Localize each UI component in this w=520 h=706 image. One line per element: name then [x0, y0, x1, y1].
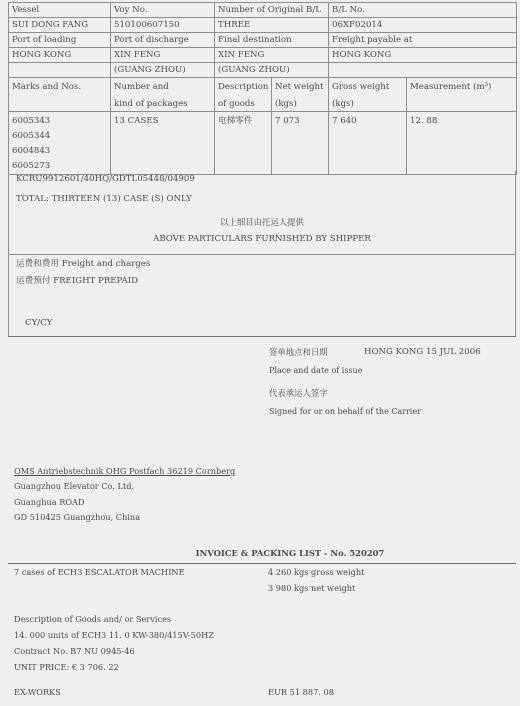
freight-payable-label: Freight payable at [329, 33, 517, 48]
contract-line: Contract No. B7 NU 0945-46 [14, 643, 135, 660]
empty-cell [9, 97, 111, 112]
gross-weight-value: 7 640 [329, 112, 407, 175]
signed-label-en: Signed for or on behalf of the Carrier [269, 403, 421, 420]
issue-label-en: Place and date of issue [269, 362, 362, 379]
issue-label-cn: 签单地点和日期 [269, 344, 328, 361]
empty-cell [329, 63, 517, 78]
terms-line: EX-WORKS [14, 684, 61, 701]
bl-no-label: B/L No. [329, 3, 517, 18]
port-discharge-value-2: (GUANG ZHOU) [111, 63, 215, 78]
gross-weight-header-1: Gross weight [329, 78, 407, 98]
empty-cell [407, 97, 517, 112]
final-destination-label: Final destination [215, 33, 329, 48]
net-weight-line: 3 980 kgs net weight [268, 580, 355, 597]
final-destination-value: XIN FENG [215, 48, 329, 63]
vessel-value: SUI DONG FANG [9, 18, 111, 33]
packages-header-1: Number and [111, 78, 215, 98]
freight-charges: 运费和费用 Freight and charges [16, 256, 150, 273]
units-line: 14. 000 units of ECH3 11. 0 KW-380/415V-… [14, 627, 214, 644]
mark-item: 6004843 [12, 144, 107, 159]
address-line: Guangzhou Elevator Co. Ltd. [14, 478, 134, 495]
packages-value: 13 CASES [111, 112, 215, 175]
unit-price-line: UNIT PRICE: € 3 706. 22 [14, 659, 119, 676]
marks-list: 6005343 6005344 6004843 6005273 [9, 112, 111, 175]
description-header-2: of goods [215, 97, 272, 112]
net-weight-header-1: Net weight [272, 78, 329, 98]
bl-no-value: 06XF02014 [329, 18, 517, 33]
mark-item: 6005343 [12, 114, 107, 129]
marks-header: Marks and Nos. [9, 78, 111, 98]
shipper-note-cn: 以上细目由托运人提供 [9, 214, 515, 231]
measurement-header: Measurement (m³) [407, 78, 517, 98]
divider [8, 336, 516, 337]
invoice-title: INVOICE & PACKING LIST - No. 520207 [0, 545, 520, 562]
shipper-note-en: ABOVE PARTICULARS FURNISHED BY SHIPPER [9, 231, 515, 248]
measurement-value: 12. 88 [407, 112, 517, 175]
port-loading-label: Port of loading [9, 33, 111, 48]
description-header-1: Description [215, 78, 272, 98]
port-loading-value: HONG KONG [9, 48, 111, 63]
voy-label: Voy No. [111, 3, 215, 18]
signed-label-cn: 代表承运人签字 [269, 385, 328, 402]
bill-of-lading-table: Vessel Voy No. Number of Original B/L B/… [8, 2, 517, 175]
particulars-box: KCRU9912601/40HQ/GDTL05448/04909 TOTAL: … [8, 171, 516, 254]
voy-value: 510100607150 [111, 18, 215, 33]
empty-cell [9, 63, 111, 78]
gross-weight-header-2: (kgs) [329, 97, 407, 112]
packages-header-2: kind of packages [111, 97, 215, 112]
freight-payable-value: HONG KONG [329, 48, 517, 63]
cy-cy: CY/CY [25, 315, 52, 332]
total-line: TOTAL: THIRTEEN (13) CASE (S) ONLY [16, 191, 192, 208]
originals-value: THREE [215, 18, 329, 33]
container-line: KCRU9912601/40HQ/GDTL05448/04909 [16, 171, 195, 188]
net-weight-header-2: (kgs) [272, 97, 329, 112]
final-destination-value-2: (GUANG ZHOU) [215, 63, 329, 78]
vessel-label: Vessel [9, 3, 111, 18]
originals-label: Number of Original B/L [215, 3, 329, 18]
net-weight-value: 7 073 [272, 112, 329, 175]
port-discharge-value: XIN FENG [111, 48, 215, 63]
issue-value: HONG KONG 15 JUL 2006 [364, 344, 481, 361]
total-amount: EUR 51 887. 08 [268, 684, 334, 701]
freight-box: 运费和费用 Freight and charges 运费预付 FREIGHT P… [8, 255, 516, 336]
description-label: Description of Goods and/ or Services [14, 611, 171, 628]
freight-prepaid: 运费预付 FREIGHT PREPAID [16, 273, 138, 290]
address-line: GD 510425 Guangzhou, China [14, 509, 140, 526]
port-discharge-label: Port of discharge [111, 33, 215, 48]
gross-weight-line: 4 260 kgs gross weight [268, 564, 364, 581]
description-value: 电梯零件 [215, 112, 272, 175]
mark-item: 6005344 [12, 129, 107, 144]
cases-line: 7 cases of ECH3 ESCALATOR MACHINE [14, 564, 185, 581]
